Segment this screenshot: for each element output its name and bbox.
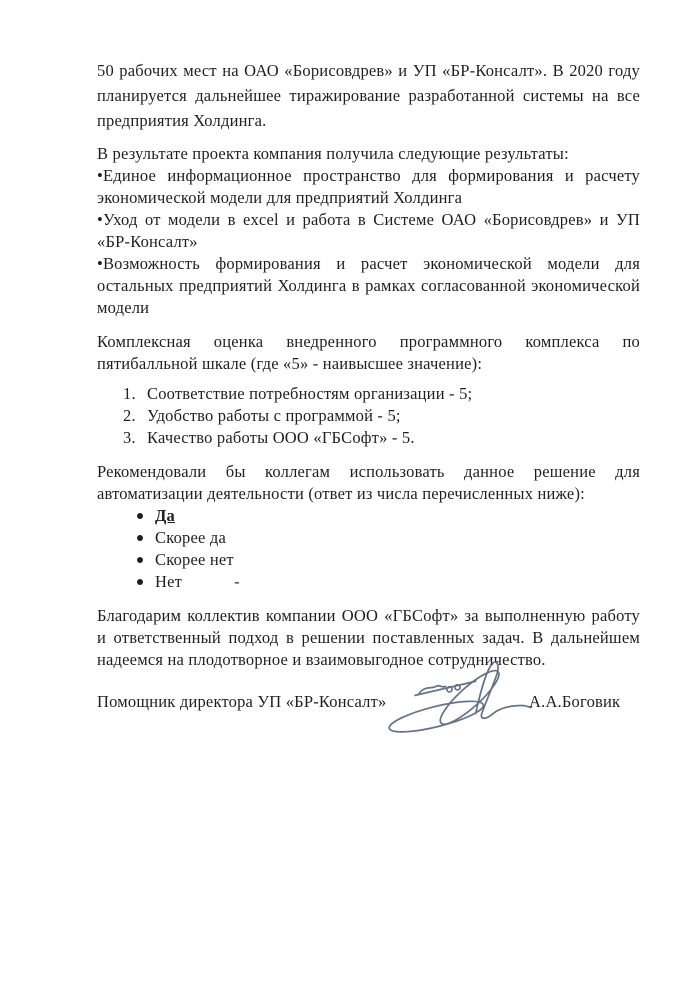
bullet-icon — [137, 579, 143, 585]
rating-item-usability: 2.Удобство работы с программой - 5; — [123, 405, 640, 427]
option-label: Скорее да — [155, 528, 226, 547]
signature-role: Помощник директора УП «БР-Консалт» — [97, 692, 386, 711]
intro-paragraph: 50 рабочих мест на ОАО «Борисовдрев» и У… — [97, 58, 640, 133]
rating-section: Комплексная оценка внедренного программн… — [97, 331, 640, 449]
stray-pen-mark: - — [234, 571, 240, 593]
recommendation-options: Да Скорее да Скорее нет Нет- — [97, 505, 640, 593]
recommendation-section: Рекомендовали бы коллегам использовать д… — [97, 461, 640, 593]
rating-intro: Комплексная оценка внедренного программн… — [97, 331, 640, 375]
recommendation-intro: Рекомендовали бы коллегам использовать д… — [97, 461, 640, 505]
signature-name: А.А.Боговик — [529, 691, 620, 713]
rating-item-text: Удобство работы с программой - 5; — [147, 406, 401, 425]
signature-block: Помощник директора УП «БР-Консалт» А.А.Б… — [97, 691, 640, 781]
results-section: В результате проекта компания получила с… — [97, 143, 640, 319]
results-bullet-unified-space: •Единое информационное пространство для … — [97, 165, 640, 209]
bullet-icon — [137, 535, 143, 541]
option-rather-no: Скорее нет — [137, 549, 640, 571]
option-label: Скорее нет — [155, 550, 234, 569]
results-intro: В результате проекта компания получила с… — [97, 143, 640, 165]
rating-item-number: 2. — [123, 405, 147, 427]
rating-item-number: 3. — [123, 427, 147, 449]
option-label-selected: Да — [155, 506, 175, 525]
rating-item-number: 1. — [123, 383, 147, 405]
option-rather-yes: Скорее да — [137, 527, 640, 549]
results-bullet-excel-migration: •Уход от модели в excel и работа в Систе… — [97, 209, 640, 253]
rating-item-text: Качество работы ООО «ГБСофт» - 5. — [147, 428, 415, 447]
bullet-icon — [137, 513, 143, 519]
rating-list: 1.Соответствие потребностям организации … — [97, 383, 640, 449]
option-label: Нет — [155, 572, 182, 591]
closing-paragraph: Благодарим коллектив компании ООО «ГБСоф… — [97, 605, 640, 671]
scanned-letter-page: 50 рабочих мест на ОАО «Борисовдрев» и У… — [0, 0, 700, 989]
option-yes: Да — [137, 505, 640, 527]
rating-item-quality: 3.Качество работы ООО «ГБСофт» - 5. — [123, 427, 640, 449]
option-no: Нет- — [137, 571, 640, 593]
handwritten-signature-icon — [378, 655, 536, 761]
bullet-icon — [137, 557, 143, 563]
rating-item-needs: 1.Соответствие потребностям организации … — [123, 383, 640, 405]
rating-item-text: Соответствие потребностям организации - … — [147, 384, 472, 403]
results-bullet-model-forming: •Возможность формирования и расчет эконо… — [97, 253, 640, 319]
